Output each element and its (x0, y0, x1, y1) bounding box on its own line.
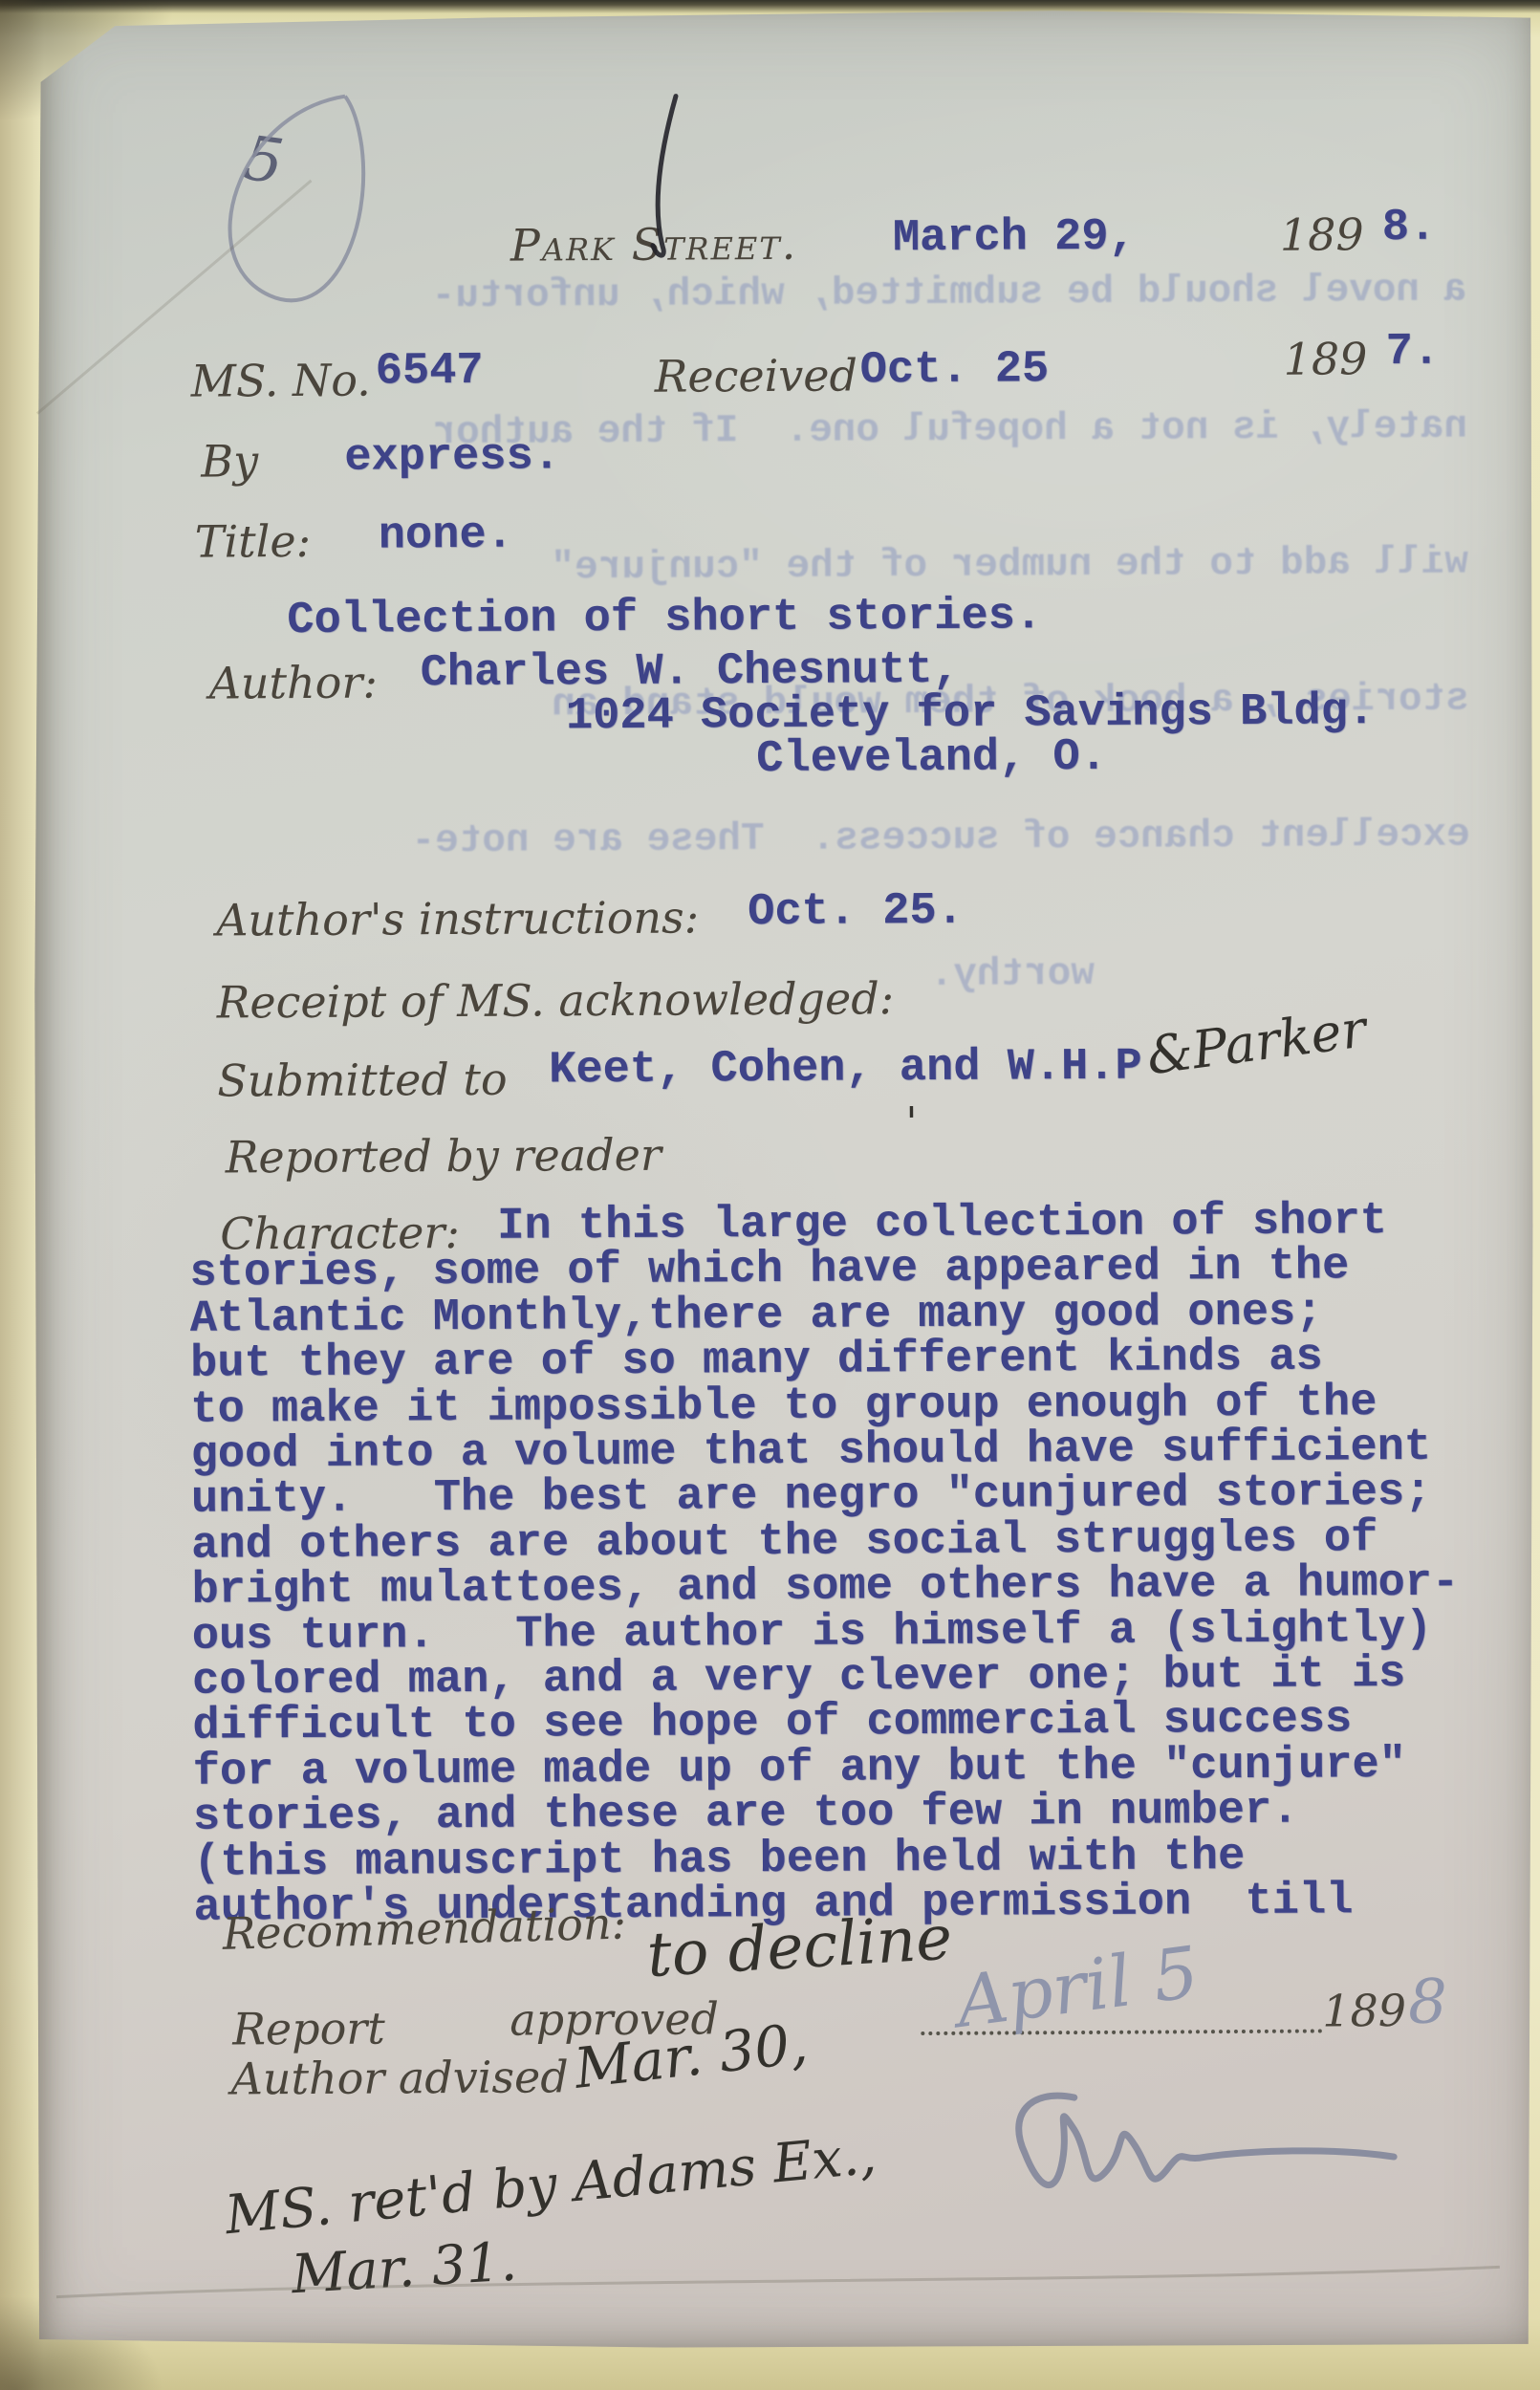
paper-crease-bottom (56, 2267, 1500, 2296)
ghost-line: will add to the number of the "cunjure" (130, 541, 1468, 595)
submitted-to-readers: Keet, Cohen, and W.H.P (549, 1042, 1142, 1097)
form-location-label: Park Street. (510, 218, 798, 272)
recommendation-label: Recommendation: (222, 1898, 627, 1960)
typed-year-digit: 8. (1382, 203, 1437, 253)
received-label: Received (655, 349, 858, 402)
by-label: By (201, 435, 258, 487)
author-label: Author: (209, 656, 378, 708)
received-date: Oct. 25 (860, 344, 1050, 396)
ghost-line: excellent chance of success. These are n… (132, 814, 1470, 867)
sheet-content: a novel should be submitted, which, unfo… (0, 0, 1540, 2390)
receipt-acknowledged-label: Receipt of MS. acknowledged: (217, 972, 895, 1028)
report-label: Report (232, 2002, 385, 2054)
reported-by-reader-label: Reported by reader (226, 1129, 662, 1184)
character-report-paragraph: Character: In this large collection of s… (189, 1198, 1485, 1931)
ghost-line: a novel should be submitted, which, unfo… (128, 269, 1466, 322)
printed-year-189: 189 (1280, 208, 1364, 261)
author-instructions-label: Author's instructions: (216, 891, 699, 945)
ms-returned-date: Mar. 31. (290, 2231, 518, 2307)
submitted-to-label: Submitted to (217, 1054, 508, 1107)
author-instructions-value: Oct. 25. (748, 886, 964, 938)
reader-monogram-signature (1019, 2094, 1395, 2185)
typed-year-digit: 7. (1385, 327, 1440, 378)
ghost-line: nately, is not a hopeful one. If the aut… (129, 404, 1467, 458)
printed-year-189: 189 (1284, 333, 1368, 385)
scanned-document-page: a novel should be submitted, which, unfo… (0, 0, 1540, 2390)
work-description: Collection of short stories. (287, 591, 1042, 646)
pencil-year-digit: 8 (1408, 1967, 1447, 2038)
typed-date: March 29, (893, 212, 1136, 265)
title-label: Title: (195, 515, 312, 568)
by-value: express. (344, 431, 560, 483)
ms-no-value: 6547 (376, 346, 484, 398)
ms-no-label: MS. No. (191, 355, 371, 407)
report-line: stories, and these are too few in number… (193, 1788, 1484, 1841)
author-advised-label: Author advised (230, 2051, 568, 2104)
author-address-line2: Cleveland, O. (756, 732, 1107, 785)
title-value: none. (379, 511, 513, 562)
printed-year-189: 189 (1322, 1985, 1406, 2037)
ms-returned-line: MS. ret'd by Adams Ex., (223, 2124, 879, 2247)
stray-ink-mark: ' (905, 1098, 917, 1147)
